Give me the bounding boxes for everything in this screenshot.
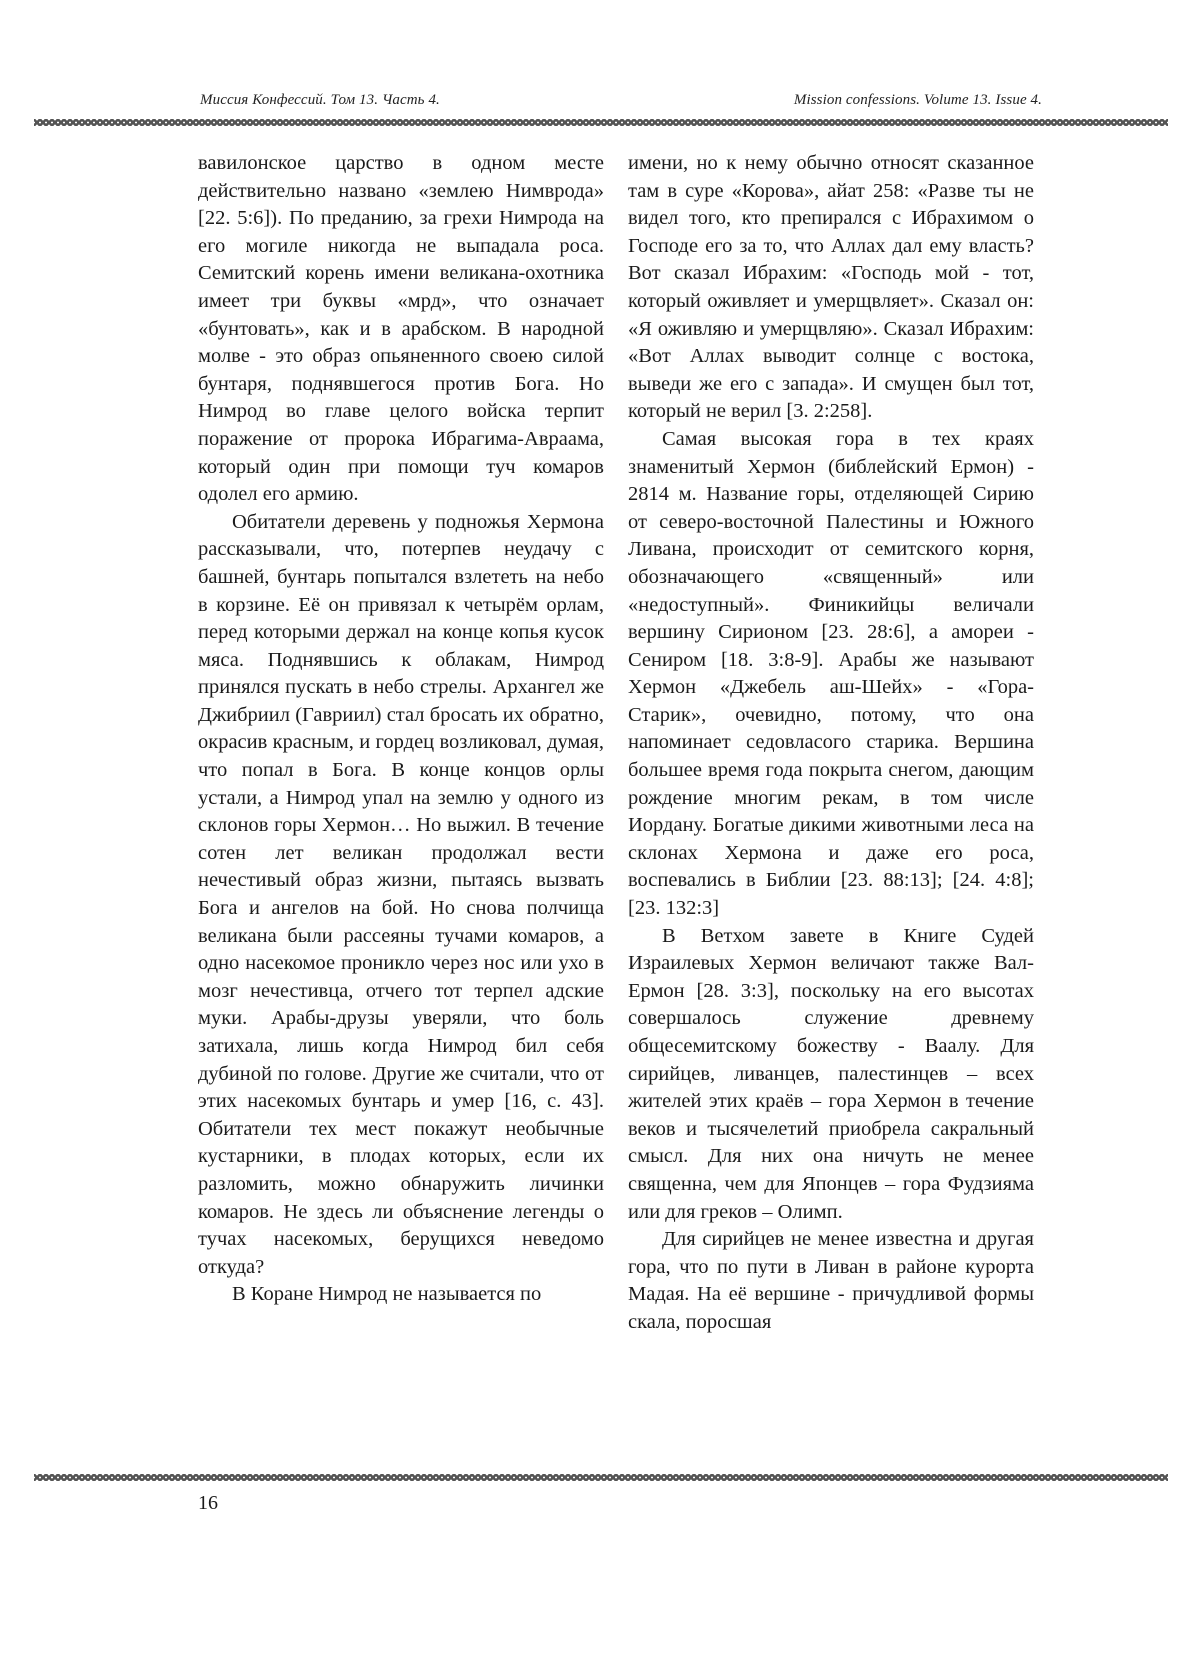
right-column: имени, но к нему обычно относят сказанно… [628,150,1034,1337]
paragraph: В Коране Нимрод не называется по [198,1281,604,1309]
bottom-ornament-divider [34,1474,1168,1481]
paragraph: имени, но к нему обычно относят сказанно… [628,150,1034,426]
paragraph: В Ветхом завете в Книге Судей Израилевых… [628,923,1034,1227]
paragraph: Для сирийцев не менее известна и другая … [628,1226,1034,1336]
paragraph: Самая высокая гора в тех краях знамениты… [628,426,1034,923]
top-ornament-divider [34,119,1168,126]
page-number: 16 [198,1492,218,1515]
paragraph: Обитатели деревень у подножья Хермона ра… [198,509,604,1282]
running-head-right: Mission confessions. Volume 13. Issue 4. [794,92,1042,109]
paragraph: вавилонское царство в одном месте действ… [198,150,604,509]
running-head-left: Миссия Конфессий. Том 13. Часть 4. [200,92,440,109]
left-column: вавилонское царство в одном месте действ… [198,150,604,1309]
